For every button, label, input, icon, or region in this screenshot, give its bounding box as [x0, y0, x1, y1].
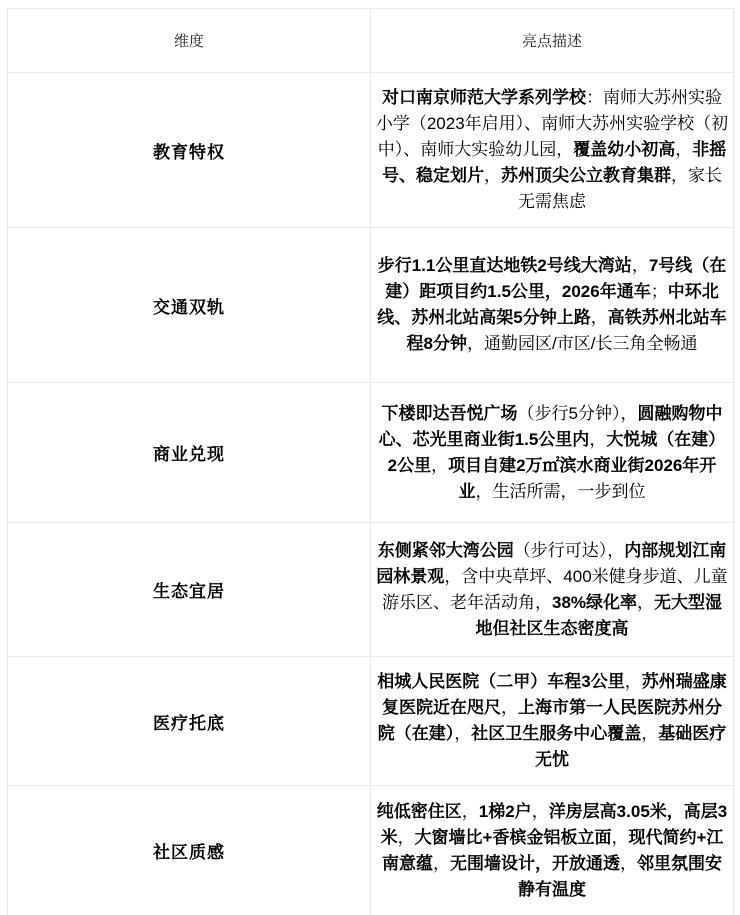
- table-row: 医疗托底 相城人民医院（二甲）车程3公里，苏州瑞盛康复医院近在咫尺，上海市第一人…: [8, 657, 734, 786]
- text-segment: 38%绿化率: [552, 593, 637, 612]
- text-segment: 对口南京师范大学系列学校: [382, 88, 586, 107]
- text-segment: 社区卫生服务中心覆盖: [471, 724, 641, 743]
- dimension-cell: 商业兑现: [8, 383, 371, 523]
- header-row: 维度 亮点描述: [8, 9, 734, 73]
- table-header: 维度 亮点描述: [8, 9, 734, 73]
- text-segment: 覆盖幼小初高: [573, 140, 675, 159]
- text-segment: ，: [433, 854, 450, 873]
- highlights-table: 维度 亮点描述 教育特权 对口南京师范大学系列学校：南师大苏州实验小学（2023…: [7, 8, 734, 915]
- text-segment: ，: [637, 593, 654, 612]
- text-segment: ，通勤园区/市区/长三角全畅通: [467, 334, 697, 353]
- text-segment: 苏州顶尖公立教育集群: [501, 166, 671, 185]
- text-segment: 下楼即达吾悦广场: [382, 404, 518, 423]
- table-body: 教育特权 对口南京师范大学系列学校：南师大苏州实验小学（2023年启用）、南师大…: [8, 73, 734, 915]
- text-segment: ；: [651, 282, 668, 301]
- text-segment: ，: [591, 308, 608, 327]
- text-segment: 纯低密住区: [377, 802, 462, 821]
- text-segment: ，: [501, 698, 518, 717]
- description-cell: 步行1.1公里直达地铁2号线大湾站，7号线（在建）距项目约1.5公里，2026年…: [371, 228, 734, 383]
- text-segment: ，: [641, 724, 658, 743]
- dimension-cell: 医疗托底: [8, 657, 371, 786]
- text-segment: 东侧紧邻大湾公园: [378, 541, 514, 560]
- text-segment: 相城人民医院（二甲）车程3公里: [377, 672, 624, 691]
- text-segment: ，: [532, 802, 549, 821]
- table-row: 教育特权 对口南京师范大学系列学校：南师大苏州实验小学（2023年启用）、南师大…: [8, 73, 734, 228]
- text-segment: ，: [462, 802, 479, 821]
- dimension-cell: 教育特权: [8, 73, 371, 228]
- table-row: 生态宜居 东侧紧邻大湾公园（步行可达），内部规划江南园林景观，含中央草坪、400…: [8, 523, 734, 657]
- text-segment: ，: [632, 256, 649, 275]
- description-cell: 东侧紧邻大湾公园（步行可达），内部规划江南园林景观，含中央草坪、400米健身步道…: [371, 523, 734, 657]
- table-row: 交通双轨 步行1.1公里直达地铁2号线大湾站，7号线（在建）距项目约1.5公里，…: [8, 228, 734, 383]
- text-segment: ，: [431, 456, 448, 475]
- text-segment: 无围墙设计，开放通透: [450, 854, 620, 873]
- dimension-cell: 社区质感: [8, 786, 371, 915]
- table-row: 商业兑现 下楼即达吾悦广场（步行5分钟），圆融购物中心、芯光里商业街1.5公里内…: [8, 383, 734, 523]
- text-segment: 步行1.1公里直达地铁2号线大湾站: [378, 256, 632, 275]
- text-segment: ，: [589, 430, 606, 449]
- dimension-cell: 交通双轨: [8, 228, 371, 383]
- description-cell: 相城人民医院（二甲）车程3公里，苏州瑞盛康复医院近在咫尺，上海市第一人民医院苏州…: [371, 657, 734, 786]
- text-segment: 1梯2户: [479, 802, 532, 821]
- header-dimension: 维度: [8, 9, 371, 73]
- text-segment: ，: [398, 828, 415, 847]
- dimension-cell: 生态宜居: [8, 523, 371, 657]
- text-segment: ，: [620, 854, 637, 873]
- text-segment: ，: [484, 166, 501, 185]
- text-segment: （步行5分钟），: [518, 404, 638, 423]
- text-segment: ，: [454, 724, 471, 743]
- header-description: 亮点描述: [371, 9, 734, 73]
- text-segment: ，: [612, 828, 629, 847]
- text-segment: ，: [625, 672, 642, 691]
- description-cell: 纯低密住区，1梯2户，洋房层高3.05米，高层3米，大窗墙比+香槟金铝板立面，现…: [371, 786, 734, 915]
- text-segment: （步行可达），: [514, 541, 625, 560]
- description-cell: 对口南京师范大学系列学校：南师大苏州实验小学（2023年启用）、南师大苏州实验学…: [371, 73, 734, 228]
- description-cell: 下楼即达吾悦广场（步行5分钟），圆融购物中心、芯光里商业街1.5公里内，大悦城（…: [371, 383, 734, 523]
- table-row: 社区质感 纯低密住区，1梯2户，洋房层高3.05米，高层3米，大窗墙比+香槟金铝…: [8, 786, 734, 915]
- text-segment: ，生活所需，一步到位: [476, 482, 646, 501]
- text-segment: 大窗墙比+香槟金铝板立面: [415, 828, 612, 847]
- text-segment: ，: [675, 140, 692, 159]
